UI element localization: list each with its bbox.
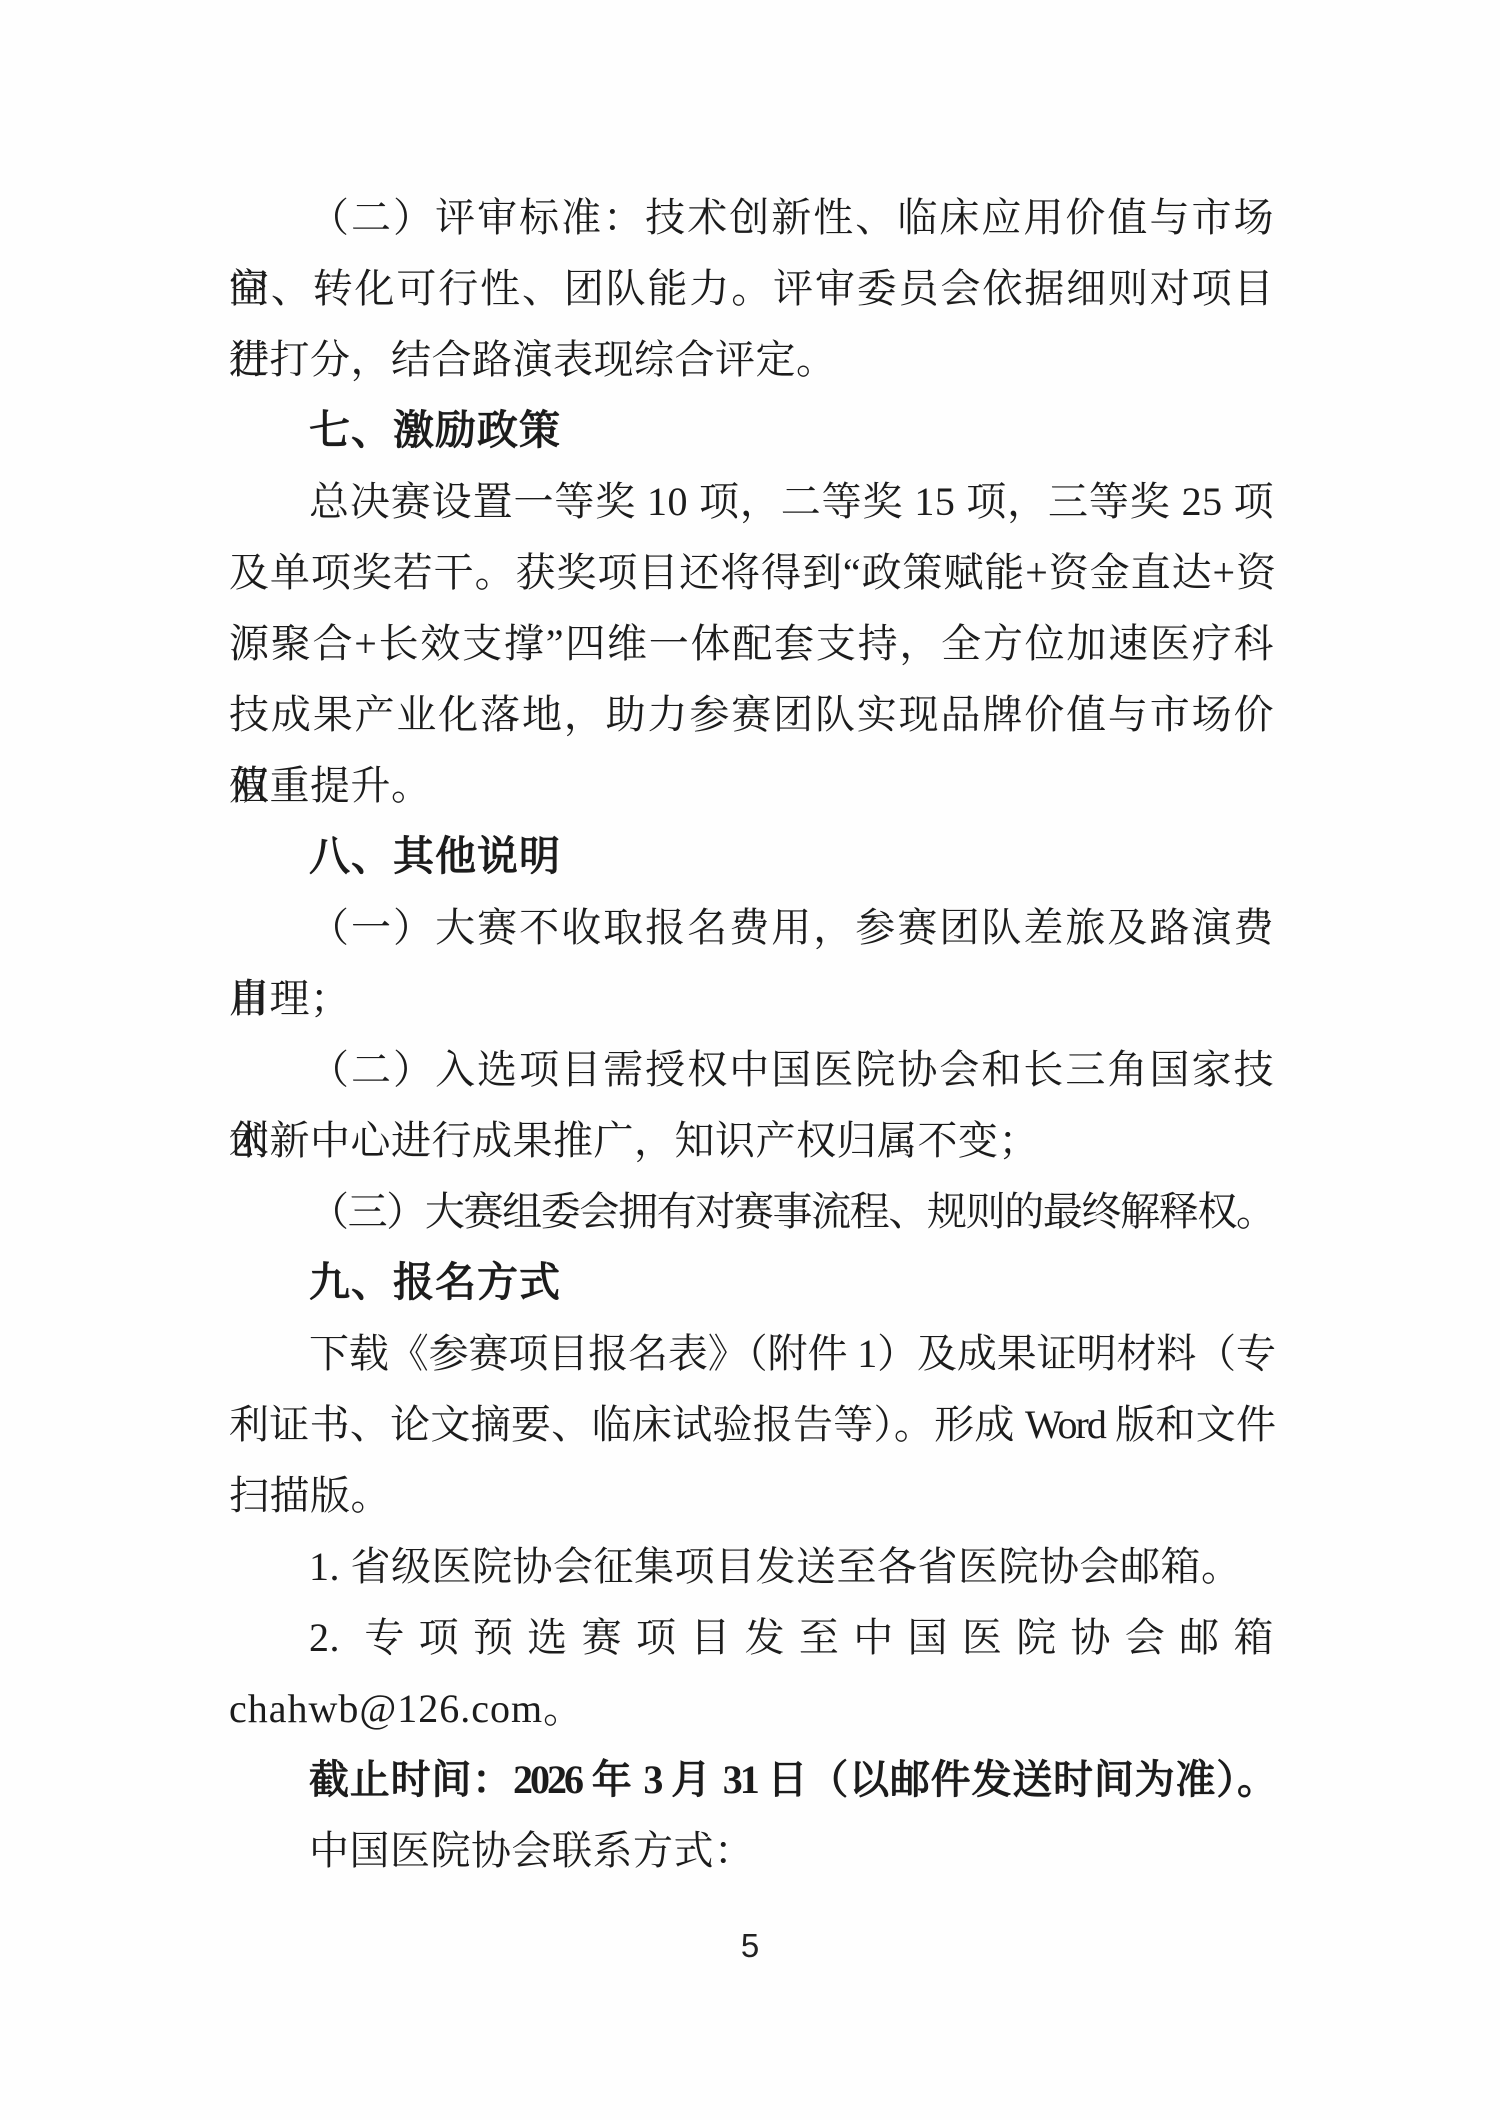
heading-registration-method: 九、报名方式 <box>229 1247 1274 1318</box>
heading-incentive-policy: 七、激励政策 <box>229 395 1274 466</box>
document-page: （二）评审标准：技术创新性、临床应用价值与市场空 间、转化可行性、团队能力。评审… <box>0 0 1500 2120</box>
page-footer: 5 <box>0 1922 1500 1970</box>
text-line: 1. 省级医院协会征集项目发送至各省医院协会邮箱。 <box>229 1531 1274 1602</box>
heading-other-notes: 八、其他说明 <box>229 821 1274 892</box>
text-line: 双重提升。 <box>229 750 1274 821</box>
document-body: （二）评审标准：技术创新性、临床应用价值与市场空 间、转化可行性、团队能力。评审… <box>229 182 1274 1886</box>
text-line: 自理； <box>229 963 1274 1034</box>
text-line: 利证书、论文摘要、临床试验报告等）。形成 Word 版和文件 <box>229 1389 1274 1460</box>
text-line: 2. 专项预选赛项目发至中国医院协会邮箱 <box>229 1602 1274 1673</box>
text-line: 及单项奖若干。获奖项目还将得到“政策赋能+资金直达+资 <box>229 537 1274 608</box>
text-line: 源聚合+长效支撑”四维一体配套支持，全方位加速医疗科 <box>229 608 1274 679</box>
text-line: 扫描版。 <box>229 1460 1274 1531</box>
text-line: 总决赛设置一等奖 10 项，二等奖 15 项，三等奖 25 项 <box>229 466 1274 537</box>
text-line: （二）评审标准：技术创新性、临床应用价值与市场空 <box>229 182 1274 253</box>
text-line: 行打分，结合路演表现综合评定。 <box>229 324 1274 395</box>
text-line: 间、转化可行性、团队能力。评审委员会依据细则对项目进 <box>229 253 1274 324</box>
text-line: （一）大赛不收取报名费用，参赛团队差旅及路演费用 <box>229 892 1274 963</box>
contact-intro-line: 中国医院协会联系方式： <box>229 1815 1274 1886</box>
text-line: 下载《参赛项目报名表》（附件 1）及成果证明材料（专 <box>229 1318 1274 1389</box>
page-number: 5 <box>741 1927 759 1964</box>
text-line: （二）入选项目需授权中国医院协会和长三角国家技术 <box>229 1034 1274 1105</box>
text-line: （三）大赛组委会拥有对赛事流程、规则的最终解释权。 <box>229 1176 1274 1247</box>
deadline-line: 截止时间：2026 年 3 月 31 日（以邮件发送时间为准）。 <box>229 1744 1274 1815</box>
text-line: 技成果产业化落地，助力参赛团队实现品牌价值与市场价值 <box>229 679 1274 750</box>
email-line: chahwb@126.com。 <box>229 1673 1274 1744</box>
text-line: 创新中心进行成果推广，知识产权归属不变； <box>229 1105 1274 1176</box>
